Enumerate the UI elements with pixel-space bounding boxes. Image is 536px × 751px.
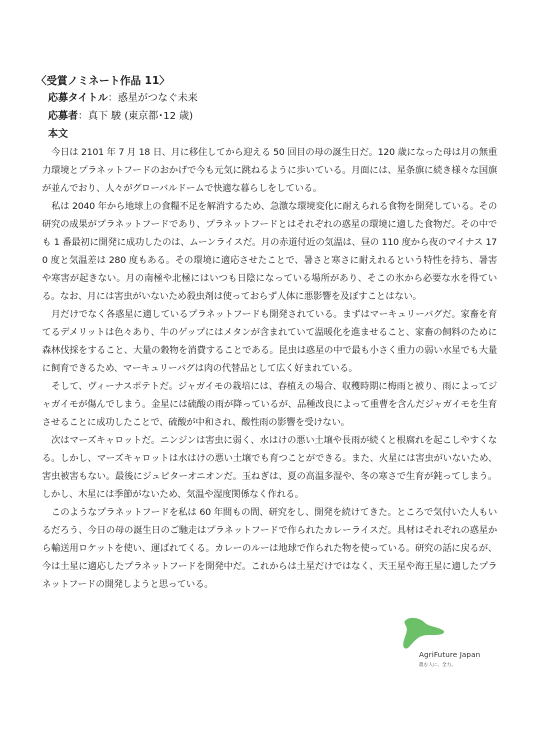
japan-shape-logo-icon (400, 612, 460, 652)
logo-name: AgriFuture Japan (419, 650, 480, 659)
logo-tagline: 農む人に、全力。 (419, 662, 456, 668)
entry-title-line: 応募タイトル：惑星がつなぐ未来 (42, 90, 497, 108)
body-paragraph-4: そして、ヴィーナスポテトだ。ジャガイモの栽培には、春植えの場合、収穫時期に梅雨と… (42, 378, 497, 432)
applicant-line: 応募者：真下 駿 (東京都･12 歳) (42, 108, 497, 126)
body-paragraph-1: 今日は 2101 年 7 月 18 日、月に移住してから迎える 50 回目の母の… (42, 144, 497, 198)
essay-document: 〈受賞ノミネート作品 11〉 応募タイトル：惑星がつなぐ未来 応募者：真下 駿 … (42, 72, 497, 594)
title-separator: ： (108, 93, 118, 104)
title-value: 惑星がつなぐ未来 (118, 93, 198, 104)
body-paragraph-3: 月だけでなく各惑星に適しているプラネットフードも開発されている。まずはマーキュリ… (42, 306, 497, 378)
applicant-value: 真下 駿 (東京都･12 歳) (88, 111, 193, 122)
body-label: 本文 (42, 126, 497, 144)
applicant-separator: ： (78, 111, 88, 122)
title-label: 応募タイトル (48, 93, 108, 104)
body-paragraph-2: 私は 2040 年から地球上の食糧不足を解消するため、急激な環境変化に耐えられる… (42, 198, 497, 306)
document-page: 〈受賞ノミネート作品 11〉 応募タイトル：惑星がつなぐ未来 応募者：真下 駿 … (0, 0, 536, 751)
body-paragraph-5: 次はマーズキャロットだ。ニンジンは害虫に弱く、水はけの悪い土壌や長雨が続くと根腐… (42, 432, 497, 504)
body-paragraph-6: このようなプラネットフードを私は 60 年間もの間、研究をし、開発を続けてきた。… (42, 504, 497, 594)
entry-heading: 〈受賞ノミネート作品 11〉 (36, 72, 497, 90)
applicant-label: 応募者 (48, 111, 78, 122)
agrifuture-japan-logo: AgriFuture Japan 農む人に、全力。 (400, 612, 500, 682)
